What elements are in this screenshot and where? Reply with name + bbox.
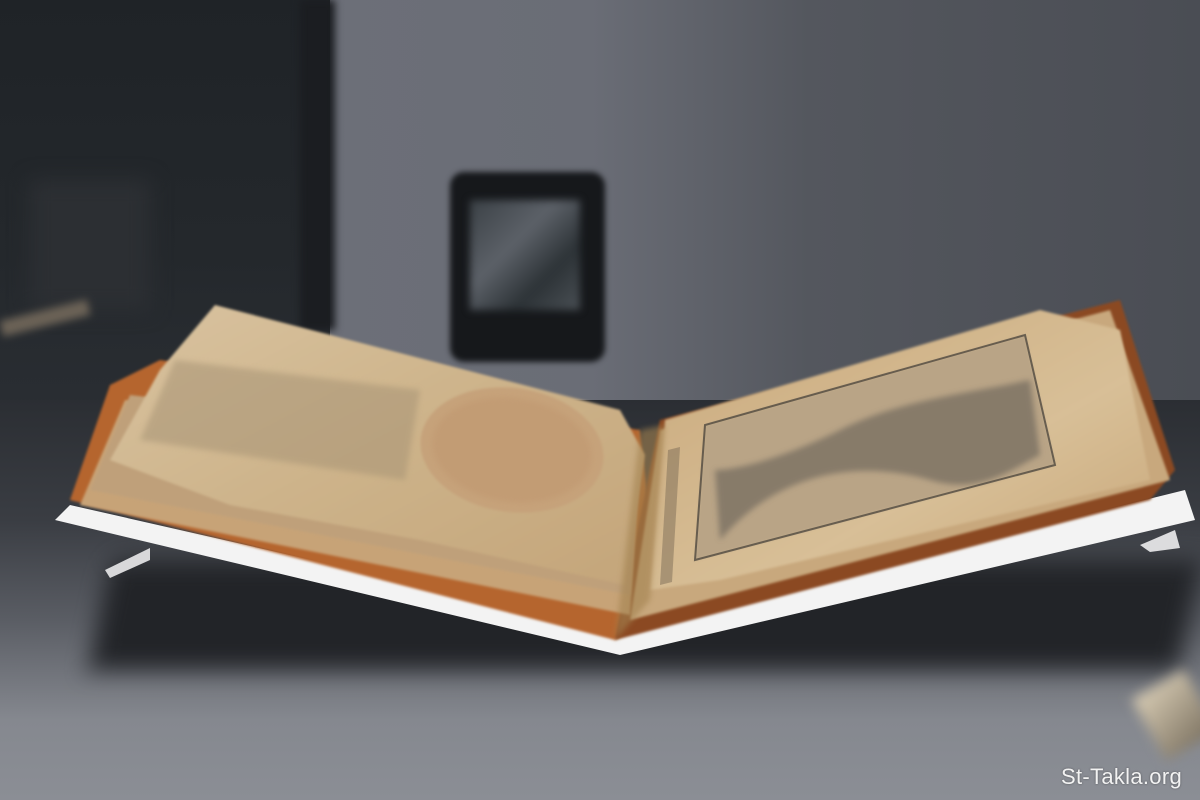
watermark: St-Takla.org: [1061, 764, 1182, 790]
old-book: [0, 0, 1200, 800]
museum-display-photo: St-Takla.org: [0, 0, 1200, 800]
